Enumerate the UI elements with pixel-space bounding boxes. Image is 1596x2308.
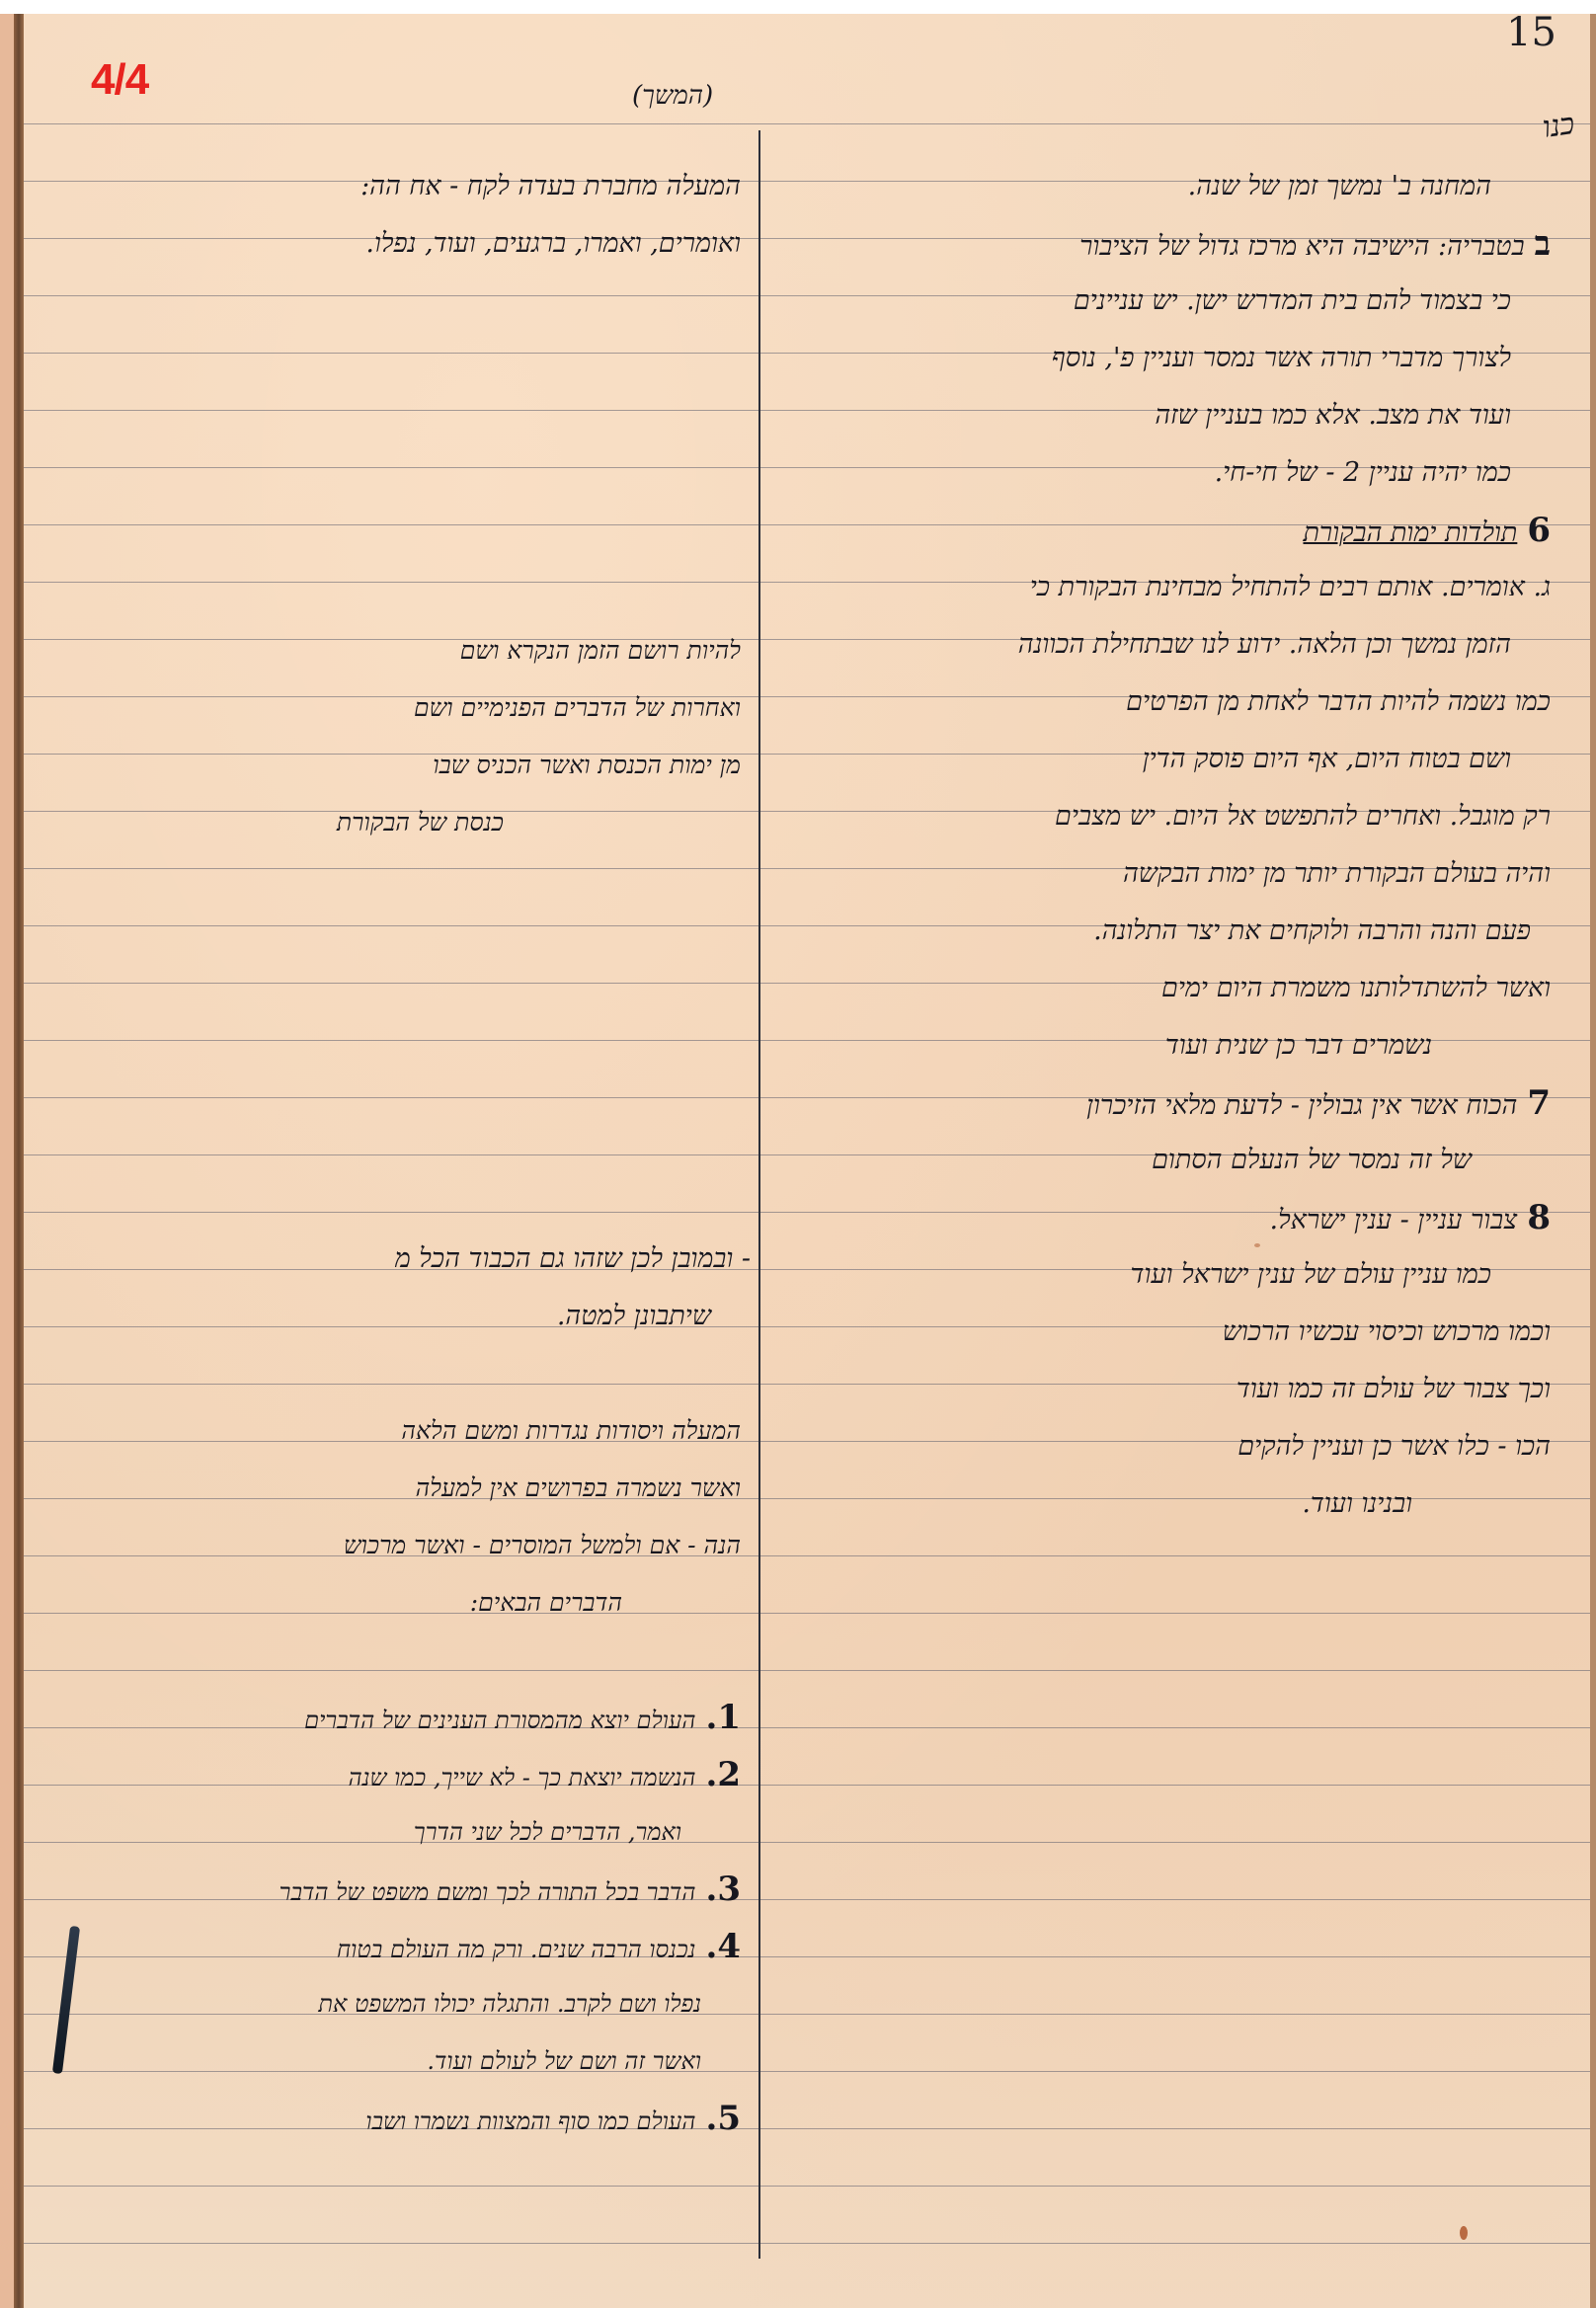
right-column-text: המחנה ב' נמשך זמן של שנה.בבטבריה: הישיבה… — [780, 158, 1551, 1533]
main-text-line: 6תולדות ימות הבקורת — [780, 502, 1551, 559]
line-text: ואשר נשמרה בפרושים אין למעלה — [416, 1473, 741, 1502]
line-text: הכוח אשר אין גבולין - לדעת מלאי הזיכרון — [1086, 1090, 1517, 1121]
main-text-line: רק מוגבל. ואחרים להתפשט אל היום. יש מצבי… — [780, 788, 1551, 845]
opening-line: ואומרים, ואמרו, ברגעים, ועוד, נפלו. — [89, 215, 741, 273]
list-item: 3.הדבר בכל התורה לכך ומשם משפט של הדבר — [30, 1861, 741, 1918]
line-text: הכו - כלו אשר כן ועניין להקים — [1237, 1431, 1551, 1462]
main-text-line: 7הכוח אשר אין גבולין - לדעת מלאי הזיכרון — [780, 1074, 1551, 1132]
line-text: וכך צבור של עולם זה כמו ועוד — [1237, 1374, 1551, 1404]
line-text: כמו יהיה עניין 2 - של חי-חי. — [1215, 457, 1511, 488]
column-divider — [758, 130, 760, 2259]
ink-stain — [1460, 2226, 1468, 2240]
ruled-line — [24, 1670, 1590, 1671]
line-text: נפלו ושם לקרב. והתגלה יכולו המשפט את — [318, 1990, 701, 2018]
main-text-line: ובנינו ועוד. — [780, 1475, 1551, 1533]
section-number: 5. — [705, 2099, 741, 2138]
left-column-list: 1.העולם יוצא מהמסורת הענינים של הדברים2.… — [30, 1689, 741, 2147]
ink-stain — [1254, 1243, 1260, 1247]
line-text: וכמו מרכוש וכיסוי עכשיו הרכוש — [1223, 1316, 1551, 1347]
line-text: להיות רושם הזמן הנקרא ושם — [460, 636, 741, 665]
left-column-margin-note: להיות רושם הזמן הנקרא ושםואחרות של הדברי… — [89, 622, 741, 851]
line-text: לצורך מדברי תורה אשר נמסר ועניין פ', נוס… — [1052, 343, 1511, 373]
main-text-line: כמו עניין עולם של ענין ישראל ועוד — [780, 1246, 1551, 1304]
line-text: הדבר בכל התורה לכך ומשם משפט של הדבר — [279, 1878, 696, 1906]
list-item: 4.נכנסו הרבה שנים. ורק מה העולם בטוח — [30, 1918, 741, 1975]
main-text-line: נשמרים דבר כן שנית ועוד — [780, 1017, 1551, 1074]
line-text: כמו עניין עולם של ענין ישראל ועוד — [1131, 1259, 1491, 1290]
main-text-line: כמו נשמה להיות הדבר לאחת מן הפרטים — [780, 674, 1551, 731]
section-line: הדברים הבאים: — [89, 1574, 741, 1632]
line-text: המעלה מחברת בעדה לקח - אח הה: — [360, 171, 741, 201]
line-text: הנה - אם ולמשל המוסרים - ואשר מרכוש — [344, 1531, 741, 1559]
line-text: בטבריה: הישיבה היא מרכז גדול של הציבור — [1079, 231, 1524, 262]
main-text-line: ועוד את מצב. אלא כמו בעניין שזה — [780, 387, 1551, 444]
line-text: המחנה ב' נמשך זמן של שנה. — [1188, 171, 1491, 201]
line-text: ואשר זה ושם של לעולם ועוד. — [427, 2047, 701, 2075]
line-text: ועוד את מצב. אלא כמו בעניין שזה — [1155, 400, 1511, 431]
list-item: 1.העולם יוצא מהמסורת הענינים של הדברים — [30, 1689, 741, 1746]
main-text-line: של זה נמסר של הנעלם הסתום — [780, 1132, 1551, 1189]
list-item-continuation: ואשר זה ושם של לעולם ועוד. — [30, 2032, 741, 2090]
list-item: 2.הנשמה יוצאת כך - לא שייך, כמו שנה — [30, 1746, 741, 1803]
margin-note-line: ואחרות של הדברים הפנימיים ושם — [89, 679, 741, 737]
line-text: - ובמובן לכן שזהו גם הכבוד הכל מ — [395, 1243, 751, 1274]
section-number: 1. — [705, 1698, 741, 1737]
line-text: כנסת של הבקורת — [337, 808, 504, 836]
main-text-line: וכמו מרכוש וכיסוי עכשיו הרכוש — [780, 1304, 1551, 1361]
list-item: 5.העולם כמו סוף והמצוות נשמרו ושבו — [30, 2090, 741, 2147]
line-text: של זה נמסר של הנעלם הסתום — [1152, 1145, 1472, 1175]
line-text: העולם כמו סוף והמצוות נשמרו ושבו — [365, 2108, 695, 2135]
main-text-line: ג. אומרים. אותם רבים להתחיל מבחינת הבקור… — [780, 559, 1551, 616]
main-text-line: לצורך מדברי תורה אשר נמסר ועניין פ', נוס… — [780, 330, 1551, 387]
line-text: שיתבונן למטה. — [557, 1301, 711, 1331]
note-line: - ובמובן לכן שזהו גם הכבוד הכל מ — [59, 1231, 751, 1288]
line-text: כי בצמוד להם בית המדרש ישן. יש עניינים — [1074, 285, 1511, 316]
line-text: תולדות ימות הבקורת — [1303, 517, 1517, 548]
list-item-subtext: ואמר, הדברים לכל שני הדרך — [30, 1803, 741, 1861]
section-line: ואשר נשמרה בפרושים אין למעלה — [89, 1460, 741, 1517]
section-line: המעלה ויסודות נגדרות ומשם הלאה — [89, 1402, 741, 1460]
page-edge-right — [1590, 14, 1596, 2308]
note-line: שיתבונן למטה. — [59, 1288, 751, 1345]
left-column-opening: המעלה מחברת בעדה לקח - אח הה:ואומרים, וא… — [89, 158, 741, 273]
section-number: 8 — [1527, 1198, 1551, 1237]
main-text-line: 8צבור עניין - ענין ישראל. — [780, 1189, 1551, 1246]
ruled-line — [24, 123, 1590, 124]
line-text: והיה בעולם הבקורת יותר מן ימות הבקשה — [1123, 858, 1551, 889]
line-text: ואחרות של הדברים הפנימיים ושם — [414, 693, 741, 722]
ruled-line — [24, 2186, 1590, 2187]
main-text-line: ואשר להשתדלותנו משמרת היום ימים — [780, 960, 1551, 1017]
line-text: ושם בטוח היום, אף היום פוסק הדין — [1143, 744, 1511, 774]
page-index-label: 4/4 — [91, 55, 148, 105]
left-column-note: - ובמובן לכן שזהו גם הכבוד הכל משיתבונן … — [59, 1231, 751, 1345]
corner-note: כנו — [1541, 107, 1577, 145]
line-text: המעלה ויסודות נגדרות ומשם הלאה — [401, 1416, 741, 1445]
line-text: ואשר להשתדלותנו משמרת היום ימים — [1161, 973, 1551, 1003]
main-text-line: בבטבריה: הישיבה היא מרכז גדול של הציבור — [780, 215, 1551, 273]
main-text-line: וכך צבור של עולם זה כמו ועוד — [780, 1361, 1551, 1418]
margin-note-line: מן ימות הכנסת ואשר הכניס שבו — [89, 737, 741, 794]
line-text: צבור עניין - ענין ישראל. — [1270, 1205, 1518, 1235]
line-text: מן ימות הכנסת ואשר הכניס שבו — [433, 751, 741, 779]
line-text: פעם והנה והרבה ולוקחים את יצר התלונה. — [1093, 915, 1531, 946]
line-text: הנשמה יוצאת כך - לא שייך, כמו שנה — [349, 1764, 696, 1791]
main-text-line: והיה בעולם הבקורת יותר מן ימות הבקשה — [780, 845, 1551, 903]
main-text-line: המחנה ב' נמשך זמן של שנה. — [780, 158, 1551, 215]
line-text: ואמר, הדברים לכל שני הדרך — [414, 1818, 681, 1846]
list-item-continuation: נפלו ושם לקרב. והתגלה יכולו המשפט את — [30, 1975, 741, 2032]
line-text: ג. אומרים. אותם רבים להתחיל מבחינת הבקור… — [1030, 572, 1551, 602]
section-number: 4. — [705, 1927, 741, 1966]
page-edge — [0, 14, 14, 2308]
line-text: ואומרים, ואמרו, ברגעים, ועוד, נפלו. — [365, 228, 741, 259]
section-number: 2. — [705, 1755, 741, 1794]
line-text: ובנינו ועוד. — [1302, 1488, 1412, 1519]
main-text-line: הכו - כלו אשר כן ועניין להקים — [780, 1418, 1551, 1475]
notebook-page: 4/4 15 כנו (המשך) המחנה ב' נמשך זמן של ש… — [0, 14, 1596, 2308]
line-text: נשמרים דבר כן שנית ועוד — [1165, 1030, 1432, 1061]
line-text: העולם יוצא מהמסורת הענינים של הדברים — [304, 1707, 695, 1734]
section-number: ב — [1535, 224, 1551, 264]
margin-note-line: להיות רושם הזמן הנקרא ושם — [89, 622, 741, 679]
section-number: 3. — [705, 1870, 741, 1909]
section-number: 6 — [1527, 511, 1551, 550]
line-text: רק מוגבל. ואחרים להתפשט אל היום. יש מצבי… — [1055, 801, 1551, 832]
left-column-section: המעלה ויסודות נגדרות ומשם הלאהואשר נשמרה… — [89, 1402, 741, 1632]
page-number: 15 — [1506, 14, 1556, 55]
line-text: נכנסו הרבה שנים. ורק מה העולם בטוח — [337, 1936, 696, 1963]
line-text: כמו נשמה להיות הדבר לאחת מן הפרטים — [1126, 686, 1551, 717]
margin-note-line: כנסת של הבקורת — [89, 794, 741, 851]
line-text: הדברים הבאים: — [470, 1588, 622, 1617]
main-text-line: פעם והנה והרבה ולוקחים את יצר התלונה. — [780, 903, 1551, 960]
ruled-line — [24, 2243, 1590, 2244]
opening-line: המעלה מחברת בעדה לקח - אח הה: — [89, 158, 741, 215]
main-text-line: ושם בטוח היום, אף היום פוסק הדין — [780, 731, 1551, 788]
binding-margin — [14, 14, 24, 2308]
main-text-line: כי בצמוד להם בית המדרש ישן. יש עניינים — [780, 273, 1551, 330]
line-text: הזמן נמשך וכן הלאה. ידוע לנו שבתחילת הכו… — [1018, 629, 1511, 660]
main-text-line: הזמן נמשך וכן הלאה. ידוע לנו שבתחילת הכו… — [780, 616, 1551, 674]
main-text-line: כמו יהיה עניין 2 - של חי-חי. — [780, 444, 1551, 502]
section-line: הנה - אם ולמשל המוסרים - ואשר מרכוש — [89, 1517, 741, 1574]
section-number: 7 — [1527, 1083, 1551, 1123]
continuation-heading: (המשך) — [632, 81, 713, 111]
